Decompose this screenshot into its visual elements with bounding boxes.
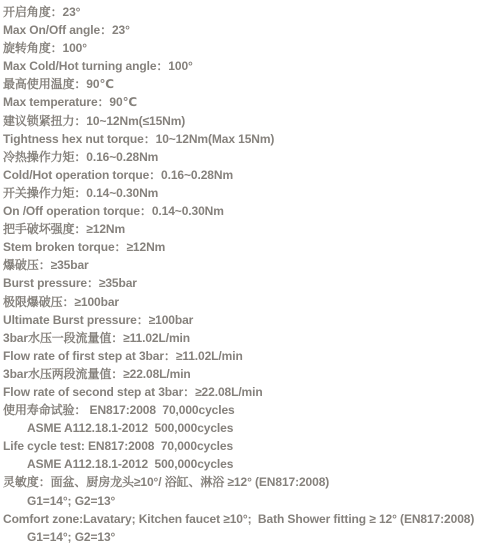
spec-line: 灵敏度：面盆、厨房龙头≥10°/ 浴缸、淋浴 ≥12° (EN817:2008) xyxy=(3,473,483,491)
spec-line: 3bar水压一段流量值：≥11.02L/min xyxy=(3,329,483,347)
spec-line: ASME A112.18.1-2012 500,000cycles xyxy=(3,419,483,437)
spec-line: 使用寿命试验： EN817:2008 70,000cycles xyxy=(3,401,483,419)
spec-line: 开关操作力矩：0.14~0.30Nm xyxy=(3,184,483,202)
spec-line: Flow rate of first step at 3bar：≥11.02L/… xyxy=(3,347,483,365)
spec-line: 开启角度：23° xyxy=(3,3,483,21)
spec-line: Max Cold/Hot turning angle：100° xyxy=(3,57,483,75)
spec-line: 最高使用温度：90℃ xyxy=(3,75,483,93)
spec-line: 爆破压：≥35bar xyxy=(3,256,483,274)
spec-line: G1=14°; G2=13° xyxy=(3,528,483,546)
spec-line: Tightness hex nut torque：10~12Nm(Max 15N… xyxy=(3,130,483,148)
spec-line: Burst pressure：≥35bar xyxy=(3,274,483,292)
spec-line: 把手破坏强度：≥12Nm xyxy=(3,220,483,238)
spec-line: Flow rate of second step at 3bar：≥22.08L… xyxy=(3,383,483,401)
spec-line: On /Off operation torque：0.14~0.30Nm xyxy=(3,202,483,220)
spec-line: Ultimate Burst pressure：≥100bar xyxy=(3,311,483,329)
spec-line: Max temperature：90℃ xyxy=(3,93,483,111)
spec-line: 极限爆破压：≥100bar xyxy=(3,293,483,311)
spec-line: 旋转角度：100° xyxy=(3,39,483,57)
spec-line: G1=14°; G2=13° xyxy=(3,492,483,510)
spec-line: 建议锁紧扭力：10~12Nm(≤15Nm) xyxy=(3,112,483,130)
spec-line: Cold/Hot operation torque：0.16~0.28Nm xyxy=(3,166,483,184)
spec-line: Comfort zone:Lavatary; Kitchen faucet ≥1… xyxy=(3,510,483,528)
spec-line: 冷热操作力矩：0.16~0.28Nm xyxy=(3,148,483,166)
spec-line: Life cycle test: EN817:2008 70,000cycles xyxy=(3,437,483,455)
spec-line: ASME A112.18.1-2012 500,000cycles xyxy=(3,455,483,473)
spec-line: Stem broken torque：≥12Nm xyxy=(3,238,483,256)
spec-line: Max On/Off angle：23° xyxy=(3,21,483,39)
spec-sheet: 开启角度：23° Max On/Off angle：23° 旋转角度：100° … xyxy=(0,0,483,549)
spec-line: 3bar水压两段流量值：≥22.08L/min xyxy=(3,365,483,383)
